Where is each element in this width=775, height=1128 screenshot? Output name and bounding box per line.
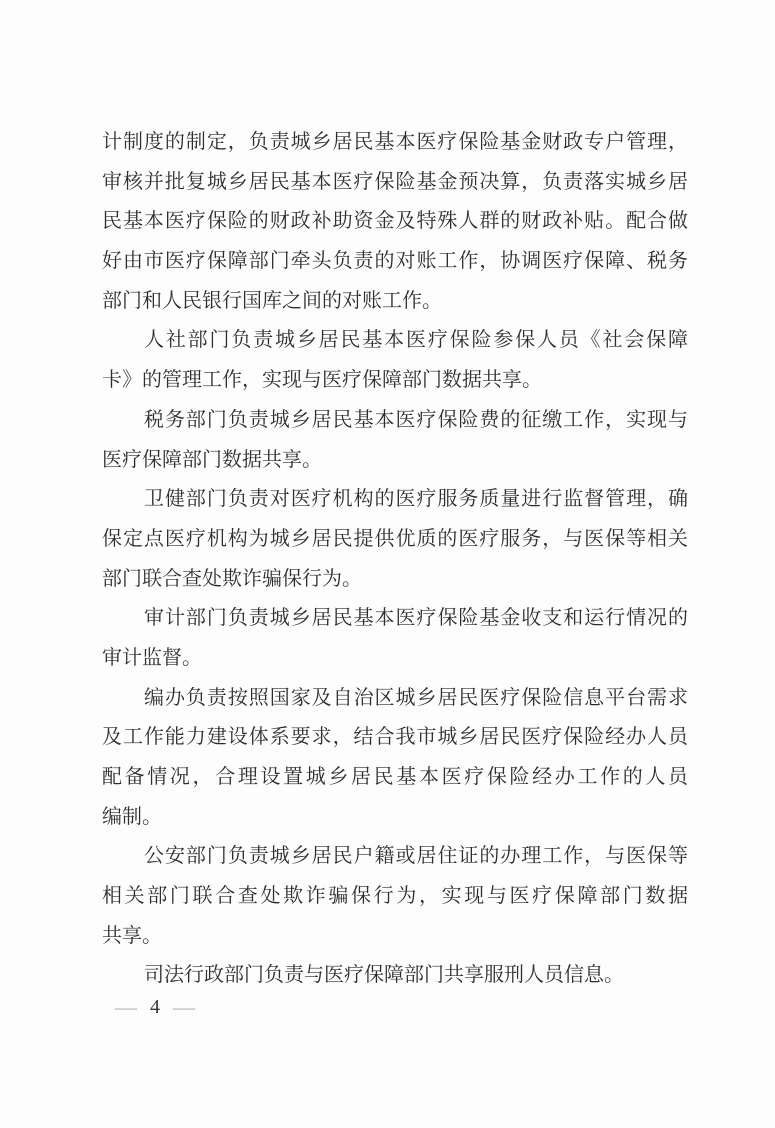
text-line: 部门和人民银行国库之间的对账工作。 xyxy=(102,282,688,322)
text-line: 审核并批复城乡居民基本医疗保险基金预决算，负责落实城乡居 xyxy=(102,163,688,203)
text-line: 保定点医疗机构为城乡居民提供优质的医疗服务，与医保等相关 xyxy=(102,520,688,560)
text-line: 及工作能力建设体系要求，结合我市城乡居民医疗保险经办人员 xyxy=(102,718,688,758)
text-line: 相关部门联合查处欺诈骗保行为，实现与医疗保障部门数据 xyxy=(102,877,688,917)
text-line: 好由市医疗保障部门牵头负责的对账工作，协调医疗保障、税务 xyxy=(102,242,688,282)
text-line: 编制。 xyxy=(102,798,688,838)
text-line: 人社部门负责城乡居民基本医疗保险参保人员《社会保障 xyxy=(102,321,688,361)
footer-right-dash: — xyxy=(173,999,195,1017)
document-page: 计制度的制定，负责城乡居民基本医疗保险基金财政专户管理， 审核并批复城乡居民基本… xyxy=(0,0,775,1128)
text-line: 医疗保障部门数据共享。 xyxy=(102,441,688,481)
text-line: 部门联合查处欺诈骗保行为。 xyxy=(102,560,688,600)
page-footer: — 4 — xyxy=(115,996,195,1019)
text-line: 司法行政部门负责与医疗保障部门共享服刑人员信息。 xyxy=(102,956,688,996)
text-line: 计制度的制定，负责城乡居民基本医疗保险基金财政专户管理， xyxy=(102,123,688,163)
page-number: 4 xyxy=(150,996,160,1019)
text-line: 配备情况，合理设置城乡居民基本医疗保险经办工作的人员 xyxy=(102,758,688,798)
text-line: 卡》的管理工作，实现与医疗保障部门数据共享。 xyxy=(102,361,688,401)
text-line: 共享。 xyxy=(102,917,688,957)
text-line: 公安部门负责城乡居民户籍或居住证的办理工作，与医保等 xyxy=(102,837,688,877)
text-line: 卫健部门负责对医疗机构的医疗服务质量进行监督管理，确 xyxy=(102,480,688,520)
document-body: 计制度的制定，负责城乡居民基本医疗保险基金财政专户管理， 审核并批复城乡居民基本… xyxy=(102,123,688,996)
text-line: 审计监督。 xyxy=(102,639,688,679)
text-line: 编办负责按照国家及自治区城乡居民医疗保险信息平台需求 xyxy=(102,679,688,719)
text-line: 税务部门负责城乡居民基本医疗保险费的征缴工作，实现与 xyxy=(102,401,688,441)
footer-left-dash: — xyxy=(115,999,137,1017)
text-line: 民基本医疗保险的财政补助资金及特殊人群的财政补贴。配合做 xyxy=(102,202,688,242)
text-line: 审计部门负责城乡居民基本医疗保险基金收支和运行情况的 xyxy=(102,599,688,639)
